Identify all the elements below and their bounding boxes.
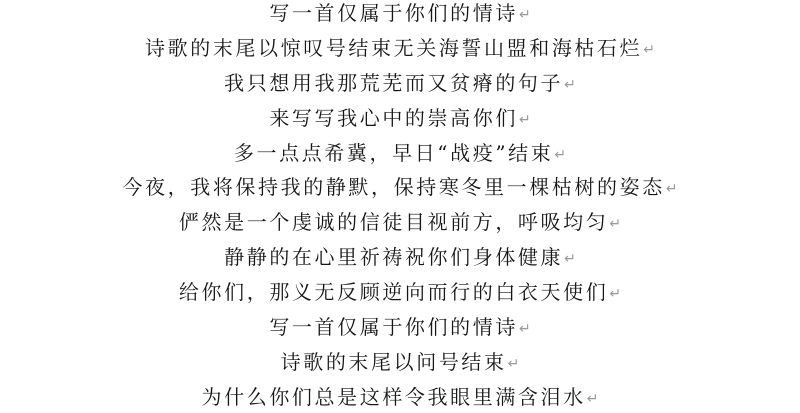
poem-line-text: 诗歌的末尾以问号结束 <box>281 350 507 374</box>
poem-line-text: 为什么你们总是这样令我眼里满含泪水 <box>202 385 586 409</box>
poem-line-text: 俨然是一个虔诚的信徒目视前方，呼吸均匀 <box>179 210 608 234</box>
poem-line-4: 来写写我心中的崇高你们↵ <box>0 101 800 136</box>
poem-line-1: 写一首仅属于你们的情诗↵ <box>0 0 800 31</box>
poem-line-6: 今夜，我将保持我的静默，保持寒冬里一棵枯树的姿态↵ <box>0 170 800 205</box>
paragraph-mark-icon: ↵ <box>554 147 566 163</box>
poem-line-3: 我只想用我那荒芜而又贫瘠的句子↵ <box>0 66 800 101</box>
poem-line-text: 诗歌的末尾以惊叹号结束无关海誓山盟和海枯石烂 <box>145 36 642 60</box>
paragraph-mark-icon: ↵ <box>508 356 520 372</box>
paragraph-mark-icon: ↵ <box>643 42 655 58</box>
poem-line-5: 多一点点希冀，早日“战疫”结束↵ <box>0 136 800 171</box>
paragraph-mark-icon: ↵ <box>609 286 621 302</box>
poem-line-text: 多一点点希冀，早日“战疫”结束 <box>234 141 553 165</box>
poem-line-12: 为什么你们总是这样令我眼里满含泪水↵ <box>0 380 800 413</box>
poem-line-text: 写一首仅属于你们的情诗 <box>269 315 518 339</box>
paragraph-mark-icon: ↵ <box>519 321 531 337</box>
poem-line-11: 诗歌的末尾以问号结束↵ <box>0 345 800 380</box>
poem-line-text: 静静的在心里祈祷祝你们身体健康 <box>224 245 563 269</box>
document-page: 写一首仅属于你们的情诗↵ 诗歌的末尾以惊叹号结束无关海誓山盟和海枯石烂↵ 我只想… <box>0 0 800 413</box>
poem-line-9: 给你们，那义无反顾逆向而行的白衣天使们↵ <box>0 275 800 310</box>
poem-line-7: 俨然是一个虔诚的信徒目视前方，呼吸均匀↵ <box>0 205 800 240</box>
poem-line-text: 今夜，我将保持我的静默，保持寒冬里一棵枯树的姿态 <box>122 175 664 199</box>
paragraph-mark-icon: ↵ <box>609 216 621 232</box>
poem-line-text: 来写写我心中的崇高你们 <box>269 106 518 130</box>
paragraph-mark-icon: ↵ <box>564 251 576 267</box>
poem-line-text: 给你们，那义无反顾逆向而行的白衣天使们 <box>179 280 608 304</box>
paragraph-mark-icon: ↵ <box>519 112 531 128</box>
poem-line-8: 静静的在心里祈祷祝你们身体健康↵ <box>0 240 800 275</box>
paragraph-mark-icon: ↵ <box>666 181 678 197</box>
paragraph-mark-icon: ↵ <box>587 391 599 407</box>
poem-line-2: 诗歌的末尾以惊叹号结束无关海誓山盟和海枯石烂↵ <box>0 31 800 66</box>
poem-body: 写一首仅属于你们的情诗↵ 诗歌的末尾以惊叹号结束无关海誓山盟和海枯石烂↵ 我只想… <box>0 0 800 413</box>
paragraph-mark-icon: ↵ <box>564 77 576 93</box>
poem-line-text: 我只想用我那荒芜而又贫瘠的句子 <box>224 71 563 95</box>
poem-line-text: 写一首仅属于你们的情诗 <box>269 1 518 25</box>
paragraph-mark-icon: ↵ <box>519 7 531 23</box>
poem-line-10: 写一首仅属于你们的情诗↵ <box>0 310 800 345</box>
